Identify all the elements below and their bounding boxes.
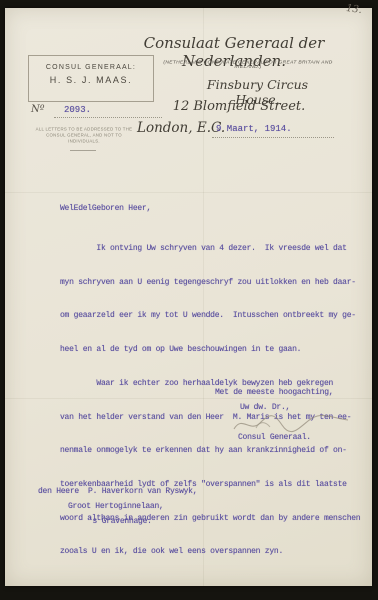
body-line: Ik ontving Uw schryven van 4 dezer. Ik v… xyxy=(60,241,360,257)
body-line: om geaarzeld eer ik my tot U wendde. Int… xyxy=(60,308,360,324)
closing-title: Consul Generaal. xyxy=(238,433,311,442)
body-line: heel en al de tyd om op Uwe beschouwinge… xyxy=(60,342,360,358)
consul-name-box: CONSUL GENERAAL: H. S. J. MAAS. xyxy=(28,55,154,102)
address-notice-rule xyxy=(70,150,96,151)
consul-name: H. S. J. MAAS. xyxy=(29,75,153,85)
address-notice-line2: CONSUL GENERAL, AND NOT TO INDIVIDUALS. xyxy=(30,133,138,145)
address-notice-line1: ALL LETTERS TO BE ADDRESSED TO THE xyxy=(30,127,138,133)
salutation: WelEdelGeboren Heer, xyxy=(60,204,151,213)
horizontal-fold-line-top xyxy=(5,192,372,193)
address-notice: ALL LETTERS TO BE ADDRESSED TO THE CONSU… xyxy=(30,127,180,151)
letterhead-street: 12 Blomfield Street. xyxy=(163,99,315,114)
letterhead-subtitle: (NETHERLAND CONSULATE GENERAL FOR GREAT … xyxy=(150,60,347,70)
page-number: 13. xyxy=(345,3,362,16)
consul-title: CONSUL GENERAAL: xyxy=(29,64,153,71)
number-label: Nº xyxy=(31,104,44,115)
typed-date: 9 Maart, 1914. xyxy=(216,124,292,134)
signature-scrawl xyxy=(230,408,355,436)
letter-photograph: 13. Consulaat Generaal der Nederlanden. … xyxy=(0,0,378,600)
body-line: zooals U en ik, die ook wel eens overspa… xyxy=(60,544,360,560)
recipient-name: den Heere P. Haverkorn van Ryswyk, xyxy=(38,487,197,496)
body-line: nenmale onmogelyk te erkennen dat hy aan… xyxy=(60,443,360,459)
recipient-street: Groot Hertoginnelaan, xyxy=(68,502,164,511)
recipient-city: 's Gravenhage. xyxy=(88,517,152,526)
file-number: 2093. xyxy=(64,105,91,115)
closing-salute: Met de meeste hoogachting, xyxy=(215,388,333,397)
body-line: myn schryven aan U eenig tegengeschryf z… xyxy=(60,275,360,291)
